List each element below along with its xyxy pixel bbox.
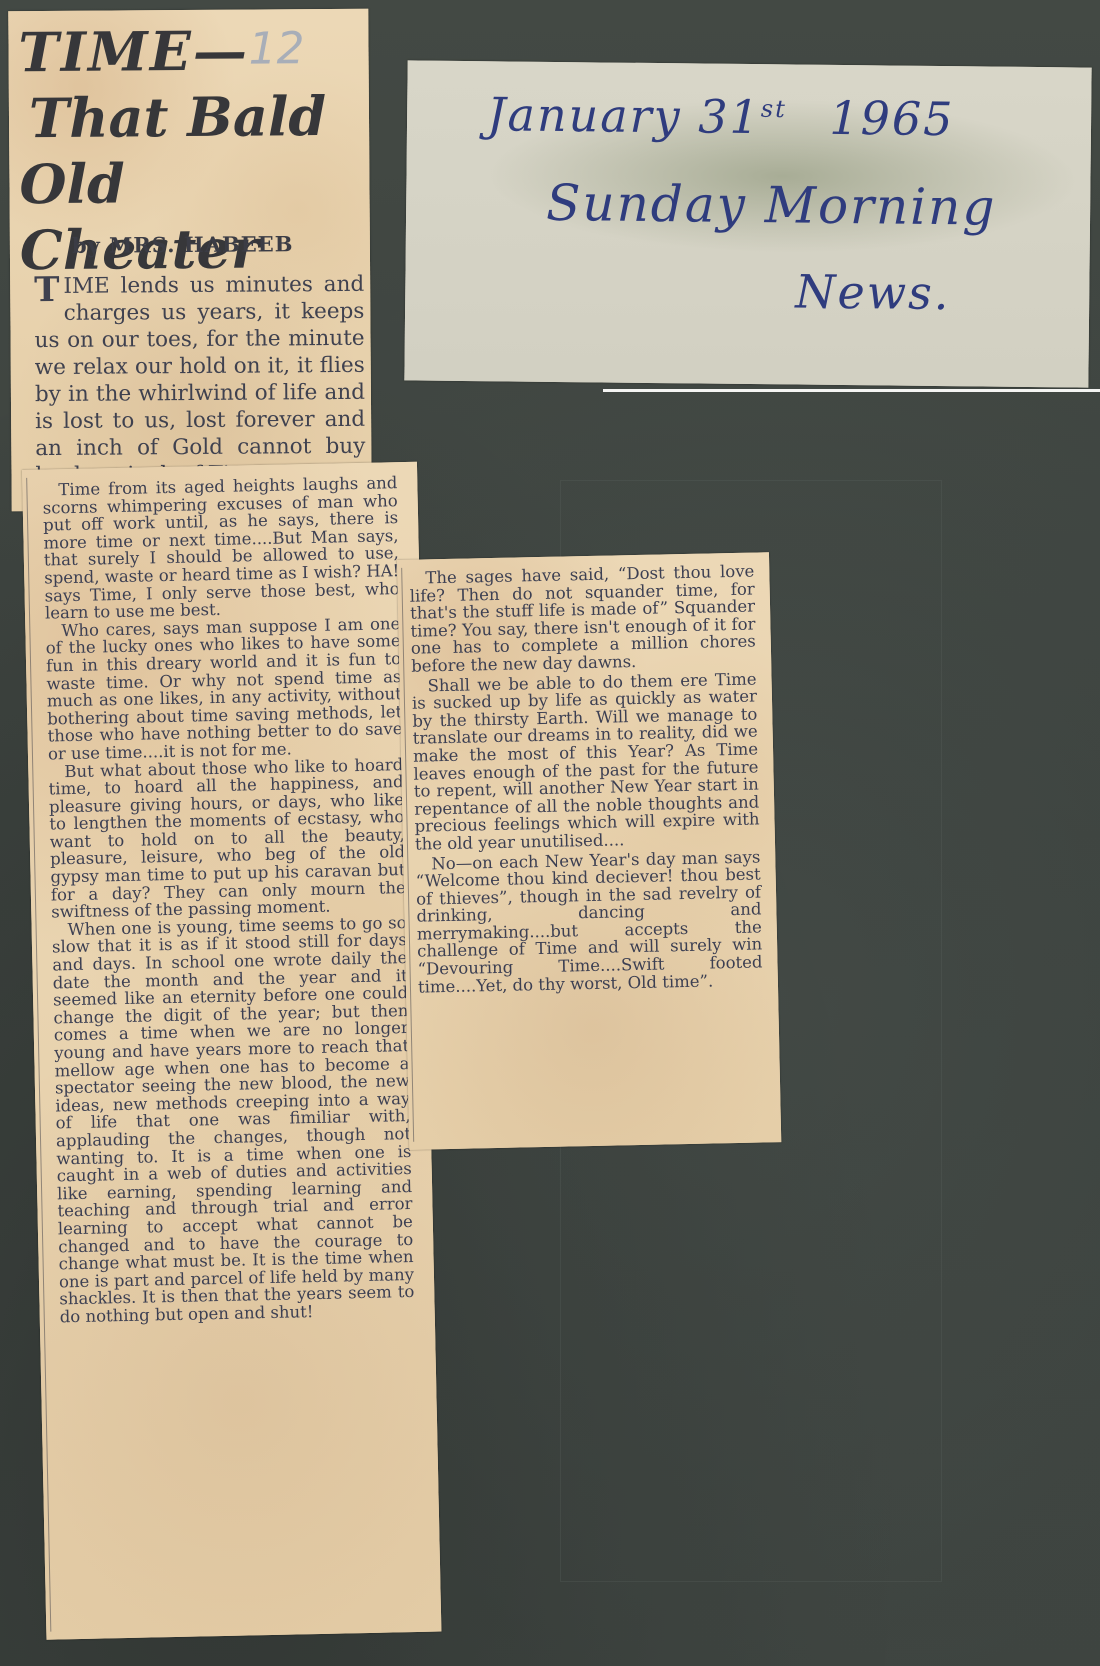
column-2-clipping: The sages have said, “Dost thou love lif… [397,552,781,1150]
note-date-text: January 31 [487,87,761,144]
handwritten-note: January 31st 1965 Sunday Morning News. [404,60,1091,387]
column-1-clipping: Time from its aged heights laughs and sc… [22,462,441,1640]
column-1-text: Time from its aged heights laughs and sc… [42,474,415,1326]
paragraph: When one is young, time seems to go so s… [51,914,414,1326]
lead-text: IME lends us minutes and charges us year… [34,272,365,488]
article-lead: TIME lends us minutes and charges us yea… [34,271,365,489]
note-publication-line2: News. [795,265,951,321]
paragraph: But what about those who like to hoard t… [48,756,406,922]
pencil-annotation: 12 [248,23,304,74]
article-byline: by MRS. HABEEB [72,231,294,258]
paragraph: The sages have said, “Dost thou love lif… [409,563,756,676]
note-date: January 31st 1965 [487,87,955,146]
headline-line-2: That Bald [29,83,369,151]
headline-line-3: Old Cheater [19,149,370,283]
column-2-text: The sages have said, “Dost thou love lif… [409,563,763,998]
paragraph: No—on each New Year's day man says “Welc… [415,848,763,996]
note-year: 1965 [829,91,955,146]
headline-clipping: TIME— That Bald Old Cheater 12 by MRS. H… [8,9,371,512]
divider-line [603,389,1100,392]
paragraph: Who cares, says man suppose I am one of … [45,615,403,763]
paragraph: Shall we be able to do them ere Time is … [411,670,760,853]
note-date-suffix: st [761,95,787,123]
headline-line-1: TIME— [18,17,368,85]
drop-cap: T [34,275,60,305]
paragraph: Time from its aged heights laughs and sc… [42,474,400,622]
note-publication-line1: Sunday Morning [546,174,997,237]
